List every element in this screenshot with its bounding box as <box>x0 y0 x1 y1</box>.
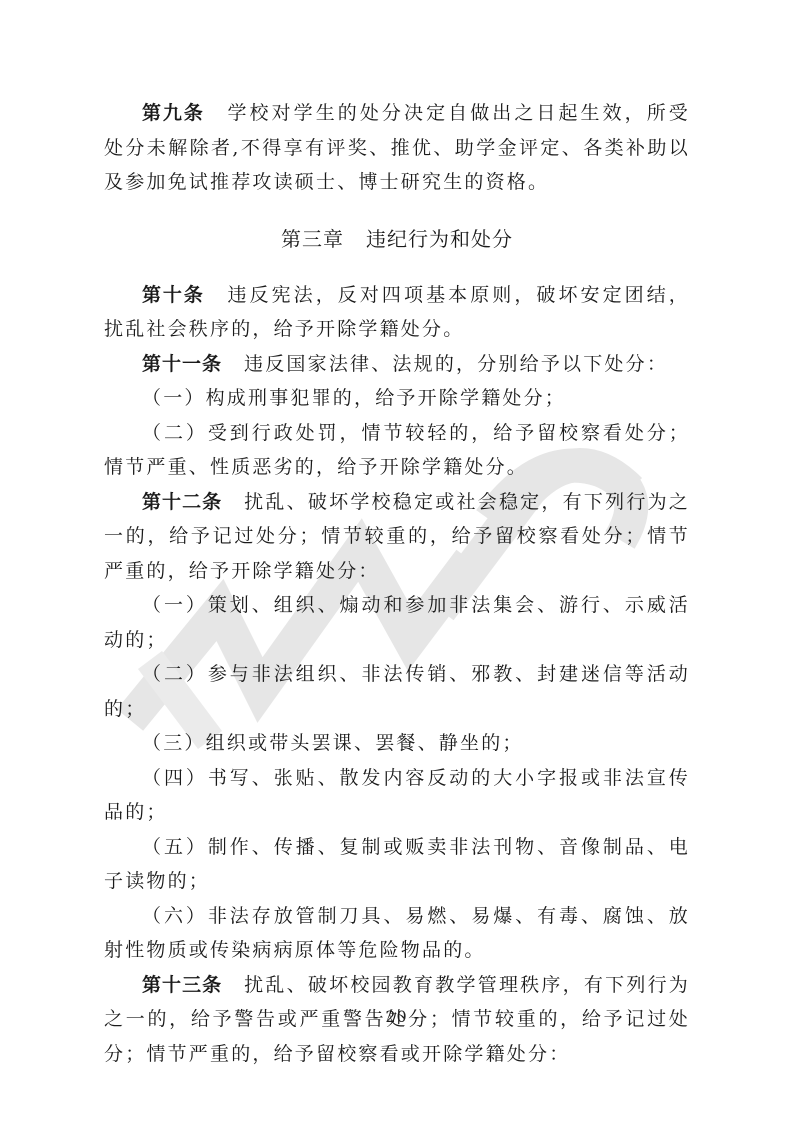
article-9-heading: 第九条 <box>142 102 205 124</box>
article-12-item-2: （二）参与非法组织、非法传销、邪教、封建迷信等活动的； <box>104 657 690 726</box>
article-11-item-2: （二）受到行政处罚，情节较轻的，给予留校察看处分；情节严重、性质恶劣的，给予开除… <box>104 416 690 485</box>
chapter-heading: 第三章违纪行为和处分 <box>104 222 690 256</box>
article-12-item-6: （六）非法存放管制刀具、易燃、易爆、有毒、腐蚀、放射性物质或传染病病原体等危险物… <box>104 899 690 968</box>
article-13: 第十三条扰乱、破坏校园教育教学管理秩序，有下列行为之一的，给予警告或严重警告处分… <box>104 968 690 1072</box>
article-13-heading: 第十三条 <box>142 974 222 996</box>
article-12-heading: 第十二条 <box>142 491 222 513</box>
article-12-item-4: （四）书写、张贴、散发内容反动的大小字报或非法宣传品的； <box>104 761 690 830</box>
article-10: 第十条违反宪法，反对四项基本原则，破坏安定团结，扰乱社会秩序的，给予开除学籍处分… <box>104 278 690 347</box>
article-11-heading: 第十一条 <box>142 353 222 375</box>
article-12-item-3: （三）组织或带头罢课、罢餐、静坐的； <box>104 726 690 761</box>
article-10-heading: 第十条 <box>142 284 205 306</box>
article-9: 第九条学校对学生的处分决定自做出之日起生效，所受处分未解除者,不得享有评奖、推优… <box>104 96 690 200</box>
article-12: 第十二条扰乱、破坏学校稳定或社会稳定，有下列行为之一的，给予记过处分；情节较重的… <box>104 485 690 589</box>
document-body: 第九条学校对学生的处分决定自做出之日起生效，所受处分未解除者,不得享有评奖、推优… <box>104 96 690 1071</box>
article-11-text: 违反国家法律、法规的，分别给予以下处分： <box>244 353 668 375</box>
article-11: 第十一条违反国家法律、法规的，分别给予以下处分： <box>104 347 690 382</box>
article-12-item-1: （一）策划、组织、煽动和参加非法集会、游行、示威活动的； <box>104 588 690 657</box>
article-11-item-1: （一）构成刑事犯罪的，给予开除学籍处分； <box>104 381 690 416</box>
article-12-item-5: （五）制作、传播、复制或贩卖非法刊物、音像制品、电子读物的； <box>104 830 690 899</box>
chapter-title: 违纪行为和处分 <box>366 227 513 251</box>
chapter-number: 第三章 <box>281 227 344 251</box>
document-page: 第九条学校对学生的处分决定自做出之日起生效，所受处分未解除者,不得享有评奖、推优… <box>0 0 793 1122</box>
